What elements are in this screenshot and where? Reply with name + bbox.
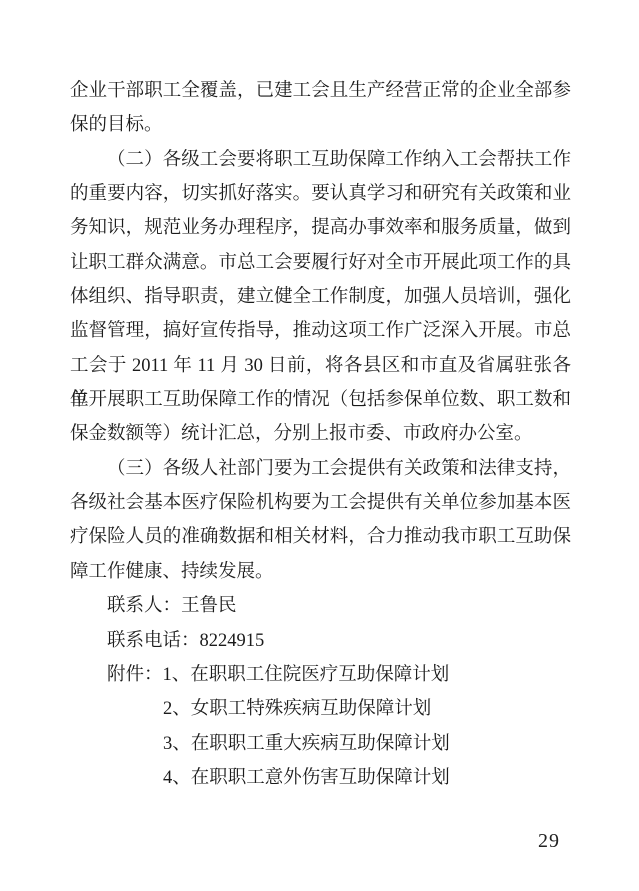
text-line: 监督管理，搞好宣传指导，推动这项工作广泛深入开展。市总 [70,314,571,348]
document-page: 企业干部职工全覆盖，已建工会且生产经营正常的企业全部参保的目标。（二）各级工会要… [0,0,639,891]
document-body: 企业干部职工全覆盖，已建工会且生产经营正常的企业全部参保的目标。（二）各级工会要… [70,74,571,795]
text-line: 保金数额等）统计汇总，分别上报市委、市政府办公室。 [70,417,571,451]
text-line: 障工作健康、持续发展。 [70,555,571,589]
text-line: 位开展职工互助保障工作的情况（包括参保单位数、职工数和 [70,383,571,417]
text-line: （三）各级人社部门要为工会提供有关政策和法律支持， [70,452,571,486]
text-line: 4、在职职工意外伤害互助保障计划 [70,761,571,795]
text-line: 工会于 2011 年 11 月 30 日前，将各县区和市直及省属驻张各单 [70,349,571,383]
text-line: 疗保险人员的准确数据和相关材料，合力推动我市职工互助保 [70,520,571,554]
text-line: 联系电话：8224915 [70,624,571,658]
text-line: 2、女职工特殊疾病互助保障计划 [70,692,571,726]
text-line: 联系人：王鲁民 [70,589,571,623]
text-line: 务知识，规范业务办理程序，提高办事效率和服务质量，做到 [70,211,571,245]
text-line: （二）各级工会要将职工互助保障工作纳入工会帮扶工作 [70,143,571,177]
text-line: 保的目标。 [70,108,571,142]
text-line: 附件：1、在职职工住院医疗互助保障计划 [70,658,571,692]
text-line: 让职工群众满意。市总工会要履行好对全市开展此项工作的具 [70,246,571,280]
page-number: 29 [538,830,560,853]
text-line: 企业干部职工全覆盖，已建工会且生产经营正常的企业全部参 [70,74,571,108]
text-line: 各级社会基本医疗保险机构要为工会提供有关单位参加基本医 [70,486,571,520]
text-line: 3、在职职工重大疾病互助保障计划 [70,727,571,761]
text-line: 的重要内容，切实抓好落实。要认真学习和研究有关政策和业 [70,177,571,211]
text-line: 体组织、指导职责，建立健全工作制度，加强人员培训，强化 [70,280,571,314]
